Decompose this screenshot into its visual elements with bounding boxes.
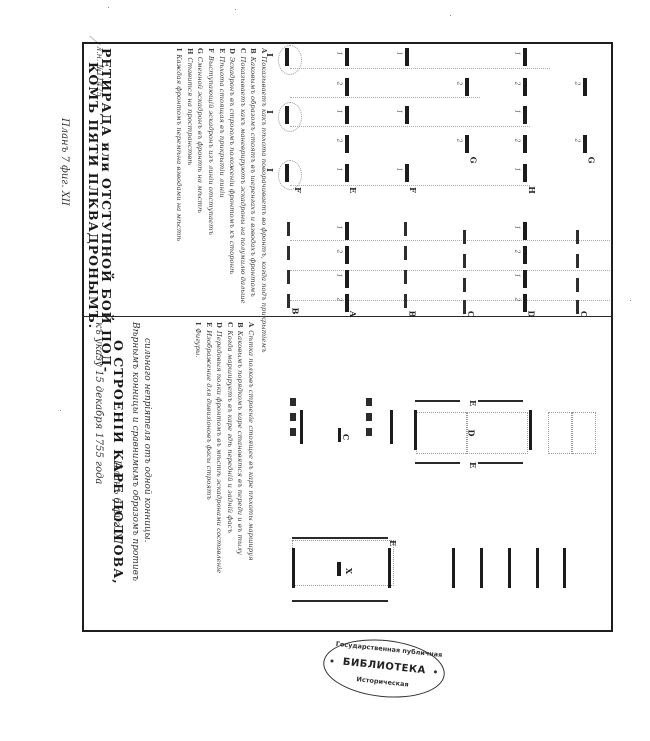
lower-subtitle-line1: Вѣрнымъ конницы и сравнимымъ образомъ пр… — [130, 322, 140, 581]
troop-mark — [290, 428, 296, 436]
troop-mark — [292, 548, 295, 588]
troop-mark: 1 — [523, 48, 527, 66]
guide-line — [290, 185, 530, 186]
troop-mark: 1 — [523, 106, 527, 124]
scan-speck — [630, 300, 631, 301]
troop-mark — [576, 278, 579, 292]
troop-mark — [366, 428, 372, 436]
troop-mark — [508, 548, 511, 588]
troop-mark: 1 — [345, 222, 349, 240]
legend-item: EПѣхота стоящая въ прикрытіи линіи — [216, 48, 227, 308]
row-label: B — [407, 311, 417, 318]
legend-item: GСменной эскадронъ въ фронтѣ на мѣстѣ — [195, 48, 206, 308]
troop-mark: 2 — [523, 246, 527, 264]
troop-mark — [290, 398, 296, 406]
troop-mark — [390, 410, 393, 444]
scan-speck — [108, 7, 109, 8]
troop-mark: 1 — [523, 164, 527, 182]
row-label: E — [348, 187, 358, 193]
row-label: F — [293, 187, 303, 193]
lower-legend: AСѣтка полковъ строеніе стоящее въ каре … — [192, 322, 256, 612]
row-label: F — [408, 187, 418, 193]
upper-title-line2: КОМЪ ПЯТИ ПЛКВАДРОНЫМЪ. — [86, 62, 101, 329]
troop-mark: 2 — [523, 135, 527, 153]
circled-marker — [278, 102, 302, 132]
legend-item: EИзображение для дивизіоновъ фасы строят… — [203, 322, 214, 612]
troop-mark — [463, 254, 466, 268]
diagram-label: E — [388, 540, 398, 546]
troop-mark — [285, 48, 289, 66]
troop-mark: 2 — [523, 294, 527, 312]
legend-item: CКогда маршируетъ въ каре гдѣ передній и… — [224, 322, 235, 612]
upper-plate-label: Планъ 7 фиг. XII — [59, 118, 70, 206]
troop-mark — [300, 410, 303, 444]
troop-mark — [404, 294, 407, 308]
row-label: D — [526, 311, 536, 318]
guide-line — [290, 270, 610, 271]
troop-mark: 1 — [405, 48, 409, 66]
marker-label: I — [265, 110, 275, 114]
circled-marker — [278, 160, 302, 190]
troop-mark — [480, 548, 483, 588]
row-label: H — [527, 186, 537, 194]
troop-mark: 2 — [583, 78, 587, 96]
formation-box — [548, 412, 572, 454]
legend-item: DПередовыя полки фронтомъ въ мѣстѣ эскад… — [214, 322, 225, 612]
troop-mark: 2 — [583, 135, 587, 153]
guide-line — [290, 240, 610, 241]
troop-mark: 2 — [345, 135, 349, 153]
troop-mark — [287, 246, 290, 260]
legend-item: BКаковымъ порядкомъ каре становятся въ п… — [235, 322, 246, 612]
troop-mark — [287, 270, 290, 284]
line-mark — [478, 400, 523, 402]
legend-item: BКаковымъ образомъ стоятъ въ шеренгахъ и… — [248, 48, 259, 308]
troop-mark: 1 — [523, 222, 527, 240]
legend-item: CПоказываетъ какъ маневрируютъ эскадроны… — [237, 48, 248, 308]
circled-marker — [278, 45, 302, 75]
troop-mark — [576, 230, 579, 244]
library-stamp: Государственная публичная БИБЛИОТЕКА Ист… — [320, 634, 447, 703]
legend-item: DЭскадронъ въ строгомъ положеніи фронтом… — [227, 48, 238, 308]
troop-mark: 2 — [345, 78, 349, 96]
line-mark — [415, 400, 460, 402]
marker-label: I — [265, 168, 275, 172]
legend-item: AПоказываетъ какъ пѣхота поворачиваетъ в… — [258, 48, 269, 308]
lower-subtitle-line2: сильнаго непріятеля отъ одной конницы. — [142, 338, 152, 543]
row-label: A — [348, 311, 358, 317]
troop-mark — [404, 246, 407, 260]
diagram-label: X — [344, 568, 354, 574]
troop-mark: 2 — [523, 78, 527, 96]
lower-title: О СТРОЕНІИ КАРЕ ДОЛГОВА, — [111, 340, 126, 585]
troop-mark — [452, 548, 455, 588]
line-mark — [478, 462, 523, 464]
line-mark — [292, 537, 388, 539]
troop-mark — [563, 548, 566, 588]
line-mark — [415, 462, 460, 464]
troop-mark: 2 — [345, 294, 349, 312]
legend-item: FВыступающій эскадронъ изъ линіи отступа… — [205, 48, 216, 308]
troop-mark — [536, 548, 539, 588]
troop-mark: 2 — [465, 135, 469, 153]
upper-legend: AПоказываетъ какъ пѣхота поворачиваетъ в… — [174, 48, 269, 308]
scan-speck — [235, 9, 236, 10]
troop-mark — [388, 548, 391, 588]
troop-mark: 2 — [465, 78, 469, 96]
troop-mark — [576, 254, 579, 268]
line-mark — [292, 600, 388, 602]
row-label: G — [586, 157, 596, 164]
troop-mark — [463, 230, 466, 244]
legend-item: AСѣтка полковъ строеніе стоящее въ каре … — [245, 322, 256, 612]
troop-mark: 1 — [523, 270, 527, 288]
diagram-label: E — [468, 462, 478, 468]
legend-item: HСтавится на пространствѣ — [184, 48, 195, 308]
lower-date-line: къ указу 15 декабря 1755 года — [93, 322, 104, 484]
row-label: G — [468, 157, 478, 164]
stamp-top-text: Государственная публичная — [334, 640, 444, 659]
guide-line — [290, 68, 550, 69]
legend-item: IКаждая фронтомъ перемѣна взводами на мѣ… — [174, 48, 185, 308]
diagram-label: C — [341, 434, 351, 440]
troop-mark: 1 — [345, 164, 349, 182]
troop-mark: 2 — [345, 246, 349, 264]
troop-mark — [290, 413, 296, 421]
scan-speck — [450, 15, 451, 16]
troop-mark: 1 — [405, 164, 409, 182]
marker-label: I — [265, 53, 275, 57]
troop-mark — [529, 410, 532, 450]
troop-mark — [463, 278, 466, 292]
guide-line — [290, 97, 480, 98]
troop-mark: 1 — [345, 270, 349, 288]
troop-mark: 1 — [345, 106, 349, 124]
row-label: C — [466, 311, 476, 317]
formation-box — [416, 412, 468, 454]
diagram-label: E — [468, 400, 478, 406]
row-label: B — [290, 308, 300, 315]
troop-mark: 1 — [405, 106, 409, 124]
troop-mark — [287, 222, 290, 236]
troop-mark — [404, 222, 407, 236]
troop-mark: 1 — [345, 48, 349, 66]
guide-line — [290, 126, 530, 127]
diagram-label: D — [466, 430, 476, 437]
formation-box — [292, 540, 394, 586]
legend-item: IФигуры. — [192, 322, 203, 612]
troop-mark — [404, 270, 407, 284]
row-label: C — [579, 311, 589, 317]
troop-mark — [337, 562, 341, 576]
scan-speck — [60, 410, 61, 411]
troop-mark — [366, 413, 372, 421]
troop-mark — [287, 294, 290, 308]
troop-mark — [285, 164, 289, 182]
formation-box — [572, 412, 596, 454]
troop-mark — [366, 398, 372, 406]
troop-mark — [285, 106, 289, 124]
troop-mark — [414, 410, 417, 450]
